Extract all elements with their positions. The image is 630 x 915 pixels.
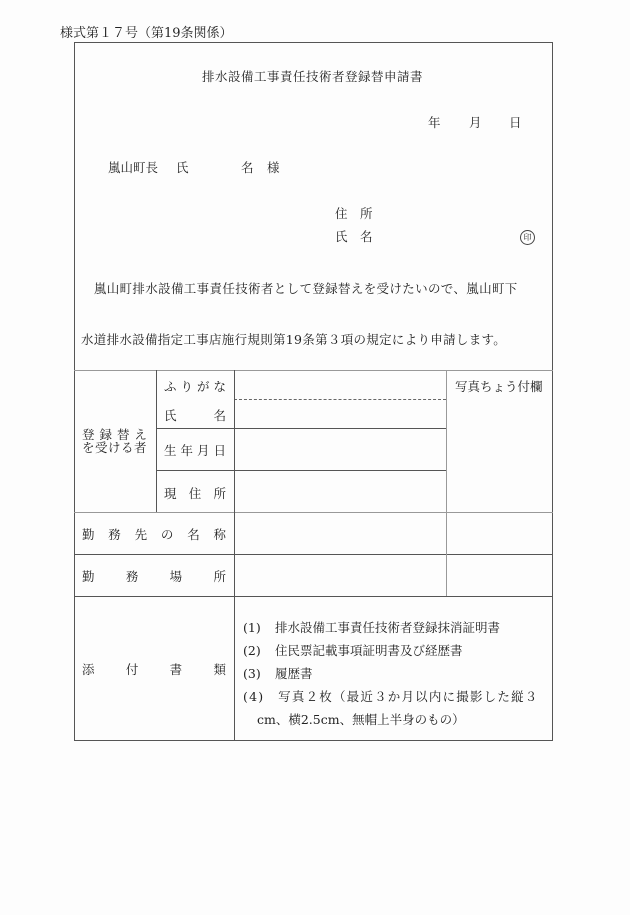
column-divider <box>156 370 157 512</box>
workplace-location-field[interactable] <box>235 555 445 595</box>
current-address-field[interactable] <box>235 471 445 511</box>
applicant-address-label: 住 所 <box>335 204 373 222</box>
attachment-item: (1)排水設備工事責任技術者登録抹消証明書 <box>243 618 500 636</box>
row-divider <box>74 596 553 597</box>
addressee-name-label-1: 氏 <box>176 158 189 176</box>
addressee-title: 嵐山町長 <box>108 158 158 176</box>
attachment-item: (4) 写真２枚（最近３か月以内に撮影した縦３ <box>243 687 538 705</box>
furigana-field[interactable] <box>235 371 445 398</box>
applicant-name-label: 氏 名 <box>335 227 373 245</box>
birthdate-field[interactable] <box>235 429 445 469</box>
form-title: 排水設備工事責任技術者登録替申請書 <box>202 67 423 85</box>
column-divider <box>446 370 447 596</box>
body-text-line-1: 嵐山町排水設備工事責任技術者として登録替えを受けたいので、嵐山町下 <box>81 279 518 297</box>
photo-attachment-label: 写真ちょう付欄 <box>455 377 543 395</box>
label-current-address: 現住所 <box>164 484 226 502</box>
label-birthdate: 生年月日 <box>164 441 226 459</box>
date-day: 日 <box>509 113 522 131</box>
applicant-section-label: 登 録 替 え を受ける者 <box>82 428 147 454</box>
label-attachments: 添付書類 <box>82 660 226 678</box>
label-name: 氏名 <box>164 406 226 424</box>
name-field[interactable] <box>235 400 445 427</box>
attachment-item-continuation: cm、横2.5cm、無帽上半身のもの） <box>257 710 465 728</box>
workplace-name-field[interactable] <box>235 513 445 553</box>
label-furigana: ふりがな <box>164 377 226 395</box>
label-workplace-name: 勤務先の名称 <box>82 525 226 543</box>
attachment-item: (2)住民票記載事項証明書及び経歴書 <box>243 641 463 659</box>
addressee-honorific: 様 <box>267 158 280 176</box>
seal-icon: 印 <box>520 228 535 245</box>
label-workplace-location: 勤務場所 <box>82 567 226 585</box>
addressee-name-label-2: 名 <box>241 158 254 176</box>
date-year: 年 <box>428 113 441 131</box>
date-month: 月 <box>469 113 482 131</box>
form-number: 様式第１７号（第19条関係） <box>60 22 233 41</box>
attachment-item: (3)履歴書 <box>243 664 313 682</box>
body-text-line-2: 水道排水設備指定工事店施行規則第19条第３項の規定により申請します。 <box>81 330 506 348</box>
